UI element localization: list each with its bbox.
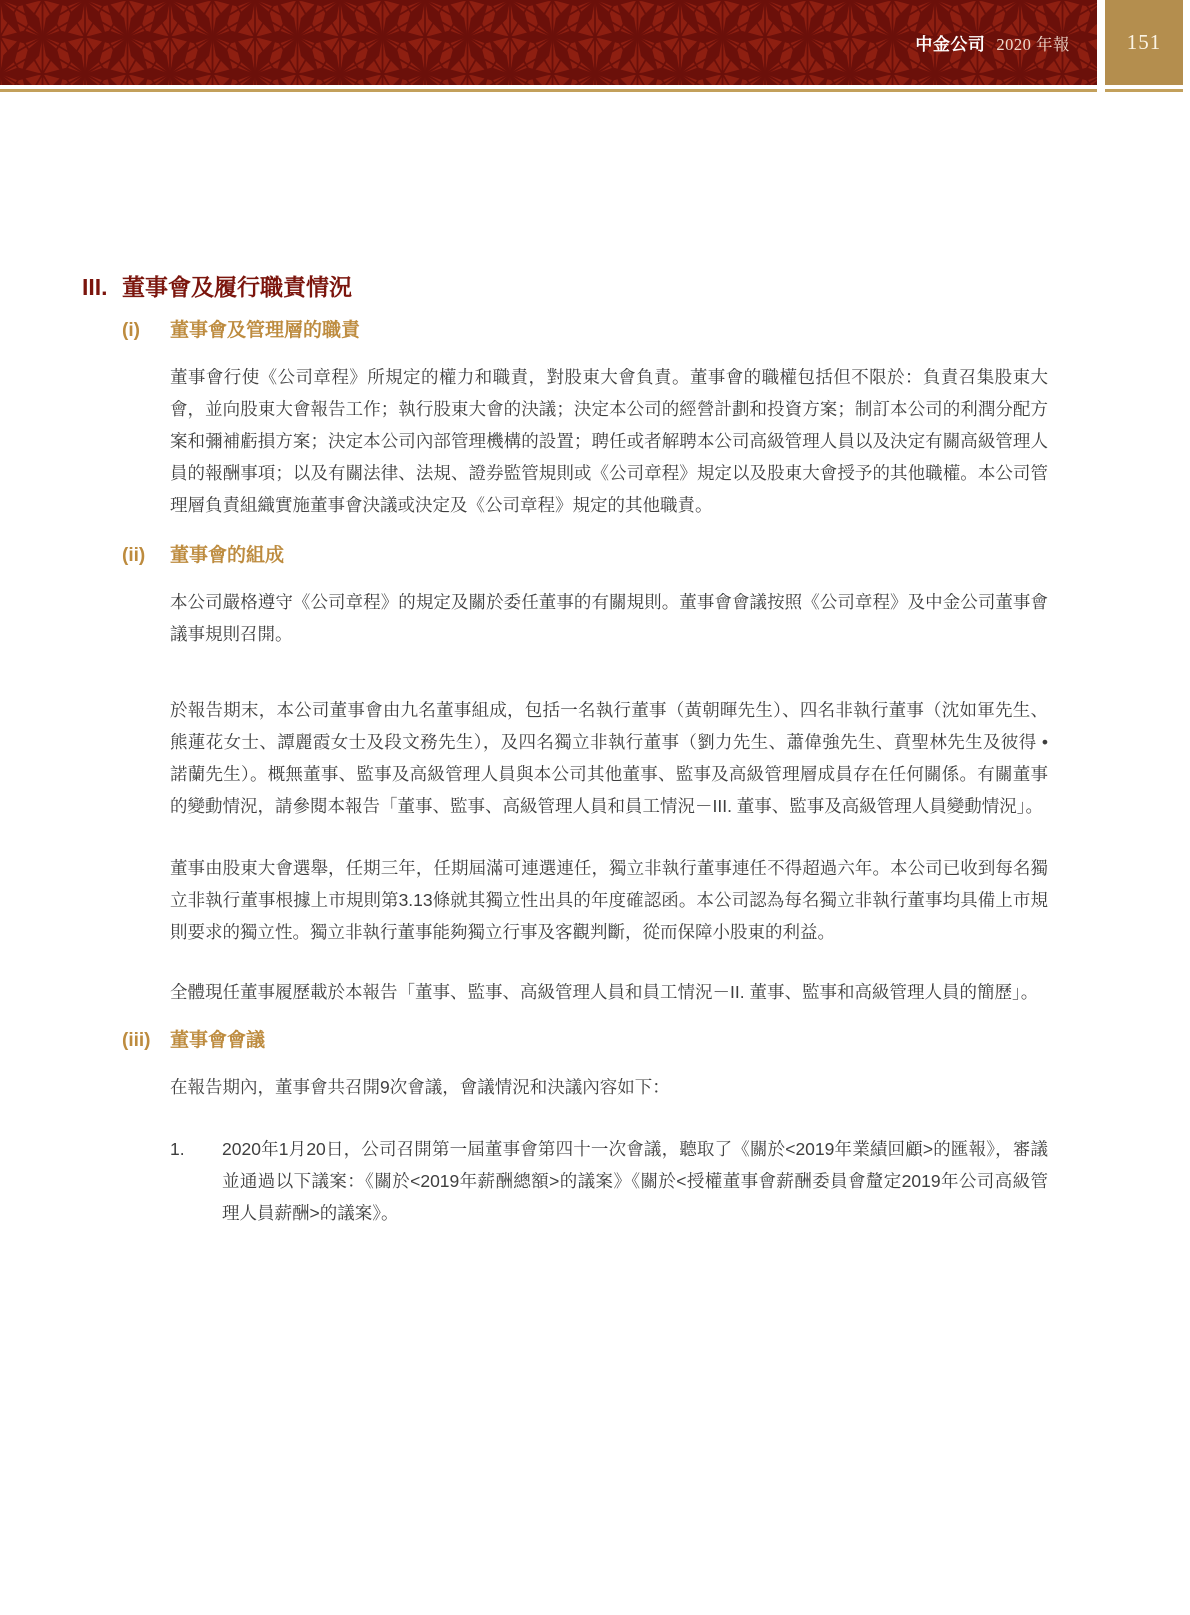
subsection-label: (iii) — [122, 1028, 170, 1054]
report-header-text: 中金公司 2020 年報 — [915, 0, 1070, 85]
subsection-label: (i) — [122, 318, 170, 344]
red-pattern-band: 中金公司 2020 年報 — [0, 0, 1097, 85]
subsection-board-composition: (ii) 董事會的組成 本公司嚴格遵守《公司章程》的規定及關於委任董事的有關規則… — [82, 543, 1190, 1008]
subsection-title-text: 董事會及管理層的職責 — [170, 318, 360, 344]
subsection-body: 本公司嚴格遵守《公司章程》的規定及關於委任董事的有關規則。董事會會議按照《公司章… — [170, 586, 1048, 1008]
paragraph: 董事由股東大會選舉，任期三年，任期屆滿可連選連任，獨立非執行董事連任不得超過六年… — [170, 852, 1048, 948]
gold-rule-right-segment — [1105, 89, 1183, 92]
meeting-list: 1. 2020年1月20日，公司召開第一屆董事會第四十一次會議，聽取了《關於<2… — [170, 1133, 1048, 1229]
list-item: 1. 2020年1月20日，公司召開第一屆董事會第四十一次會議，聽取了《關於<2… — [170, 1133, 1048, 1229]
subsection-heading: (ii) 董事會的組成 — [82, 543, 1190, 569]
subsection-body: 董事會行使《公司章程》所規定的權力和職責，對股東大會負責。董事會的職權包括但不限… — [170, 361, 1048, 521]
page-header-band: 中金公司 2020 年報 151 — [0, 0, 1190, 85]
subsection-label: (ii) — [122, 543, 170, 569]
section-number: III. — [82, 272, 122, 302]
report-edition: 2020 年報 — [996, 31, 1070, 55]
page-number-badge: 151 — [1105, 0, 1183, 85]
subsection-board-meetings: (iii) 董事會會議 在報告期內，董事會共召開9次會議，會議情況和決議內容如下… — [82, 1028, 1190, 1229]
subsection-title-text: 董事會的組成 — [170, 543, 284, 569]
paragraph: 董事會行使《公司章程》所規定的權力和職責，對股東大會負責。董事會的職權包括但不限… — [170, 361, 1048, 521]
list-item-number: 1. — [170, 1133, 222, 1229]
page-content: III. 董事會及履行職責情況 (i) 董事會及管理層的職責 董事會行使《公司章… — [0, 92, 1190, 1229]
paragraph: 在報告期內，董事會共召開9次會議，會議情況和決議內容如下： — [170, 1071, 1048, 1103]
paragraph: 全體現任董事履歷載於本報告「董事、監事、高級管理人員和員工情況－II. 董事、監… — [170, 976, 1048, 1008]
subsection-body: 在報告期內，董事會共召開9次會議，會議情況和決議內容如下： 1. 2020年1月… — [170, 1071, 1048, 1229]
section-title: III. 董事會及履行職責情況 — [82, 272, 1190, 302]
gold-rule-left-segment — [0, 89, 1097, 92]
subsection-title-text: 董事會會議 — [170, 1028, 265, 1054]
page-number: 151 — [1127, 30, 1162, 55]
gold-divider-rule — [0, 85, 1190, 92]
subsection-board-duties: (i) 董事會及管理層的職責 董事會行使《公司章程》所規定的權力和職責，對股東大… — [82, 318, 1190, 521]
company-name: 中金公司 — [915, 30, 985, 55]
section-title-text: 董事會及履行職責情況 — [122, 272, 352, 302]
paragraph: 於報告期末，本公司董事會由九名董事組成，包括一名執行董事（黃朝暉先生）、四名非執… — [170, 694, 1048, 822]
subsection-heading: (i) 董事會及管理層的職責 — [82, 318, 1190, 344]
list-item-text: 2020年1月20日，公司召開第一屆董事會第四十一次會議，聽取了《關於<2019… — [222, 1133, 1048, 1229]
paragraph: 本公司嚴格遵守《公司章程》的規定及關於委任董事的有關規則。董事會會議按照《公司章… — [170, 586, 1048, 650]
subsection-heading: (iii) 董事會會議 — [82, 1028, 1190, 1054]
